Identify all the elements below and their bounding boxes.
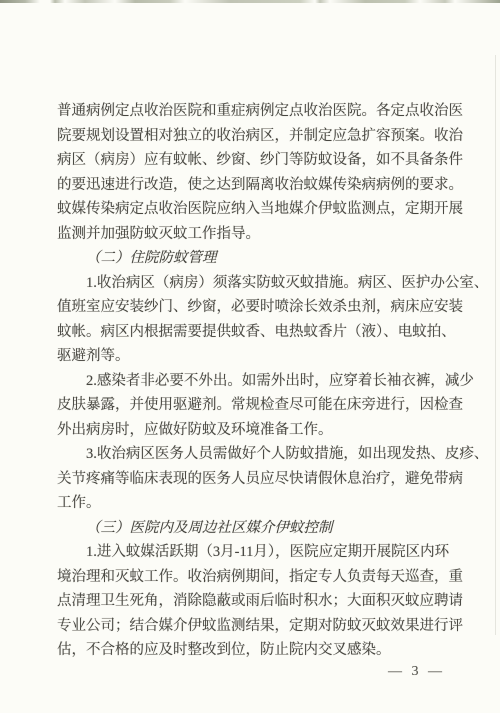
doc-line: 点清理卫生死角，消除隐蔽或雨后临时积水；大面积灭蚊应聘请 xyxy=(57,589,449,614)
doc-line: 关节疼痛等临床表现的医务人员应尽快请假休息治疗，避免带病 xyxy=(57,467,449,492)
doc-line: 皮肤暴露，并使用驱避剂。常规检查尽可能在床旁进行，因检查 xyxy=(57,393,449,418)
doc-line: 值班室应安装纱门、纱窗，必要时喷涂长效杀虫剂，病床应安装 xyxy=(57,295,449,320)
page-number: — 3 — xyxy=(388,663,445,681)
doc-line: 病区（病房）应有蚊帐、纱窗、纱门等防蚊设备，如不具备条件 xyxy=(57,148,449,173)
scan-edge-artifact xyxy=(0,0,500,3)
doc-line: 境治理和灭蚊工作。收治病例期间，指定专人负责每天巡查，重 xyxy=(57,565,449,590)
doc-line: 蚊帐。病区内根据需要提供蚊香、电热蚊香片（液）、电蚊拍、 xyxy=(57,320,449,345)
doc-line: 1.进入蚊媒活跃期（3月-11月），医院应定期开展院区内环 xyxy=(57,540,449,565)
doc-line: 的要迅速进行改造，使之达到隔离收治蚊媒传染病病例的要求。 xyxy=(57,173,449,198)
doc-line: 估，不合格的应及时整改到位，防止院内交叉感染。 xyxy=(57,638,449,663)
doc-line: 普通病例定点收治医院和重症病例定点收治医院。各定点收治医 xyxy=(57,99,449,124)
doc-line: 1.收治病区（病房）须落实防蚊灭蚊措施。病区、医护办公室、 xyxy=(57,271,449,296)
doc-line: 2.感染者非必要不外出。如需外出时，应穿着长袖衣裤，减少 xyxy=(57,369,449,394)
doc-line: 驱避剂等。 xyxy=(57,344,449,369)
doc-line: 院要规划设置相对独立的收治病区，并制定应急扩容预案。收治 xyxy=(57,124,449,149)
doc-line: 监测并加强防蚊灭蚊工作指导。 xyxy=(57,222,449,247)
section-heading: （二）住院防蚊管理 xyxy=(57,246,449,271)
scan-right-edge-artifact xyxy=(495,55,496,635)
doc-line: 3.收治病区医务人员需做好个人防蚊措施，如出现发热、皮疹、 xyxy=(57,442,449,467)
doc-line: 蚊媒传染病定点收治医院应纳入当地媒介伊蚊监测点，定期开展 xyxy=(57,197,449,222)
document-page: 普通病例定点收治医院和重症病例定点收治医院。各定点收治医院要规划设置相对独立的收… xyxy=(0,0,500,713)
doc-line: 专业公司；结合媒介伊蚊监测结果，定期对防蚊灭蚊效果进行评 xyxy=(57,614,449,639)
doc-line: 外出病房时，应做好防蚊及环境准备工作。 xyxy=(57,418,449,443)
doc-line: 工作。 xyxy=(57,491,449,516)
document-body: 普通病例定点收治医院和重症病例定点收治医院。各定点收治医院要规划设置相对独立的收… xyxy=(57,99,449,663)
section-heading: （三）医院内及周边社区媒介伊蚊控制 xyxy=(57,516,449,541)
